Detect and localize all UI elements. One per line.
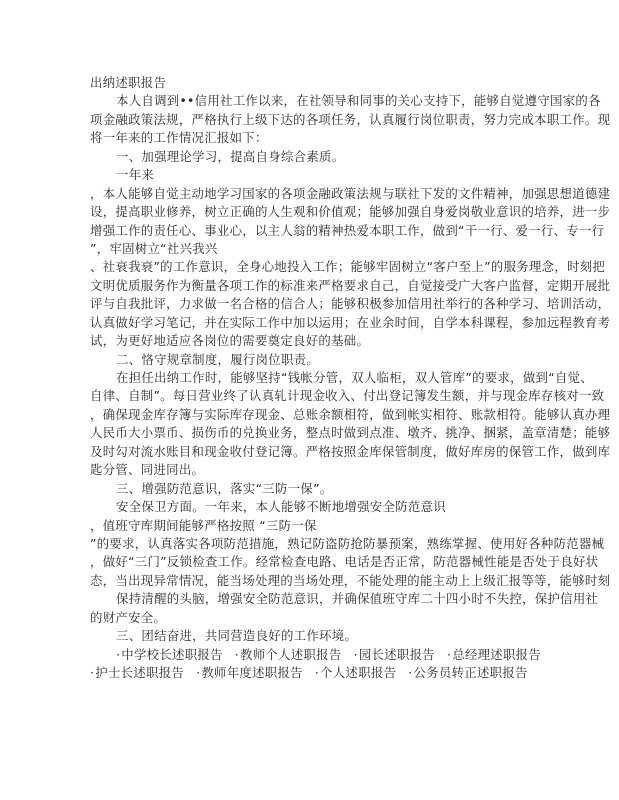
bullet-icon: ·	[235, 647, 239, 662]
body-text-line: 评与自我批评，力求做一名合格的信合人；能够积极参加信用社举行的各种学习、培训活动…	[90, 295, 530, 313]
body-text-line: 一年来	[90, 166, 530, 184]
body-text-line: 的财产安全。	[90, 609, 530, 627]
body-text-line: ，确保现金库存簿与实际库存现金、总账余额相符，做到帐实相符、账款相符。能够认真办…	[90, 406, 530, 424]
body-text-line: 文明优质服务作为衡量各项工作的标准来严格要求自己，自觉接受广大客户监督，定期开展…	[90, 277, 530, 295]
body-text-line: 态，当出现异常情况，能当场处理的当场处理，不能处理的能主动上上级汇报等等，能够时…	[90, 572, 530, 590]
related-report-link[interactable]: ·个人述职报告	[315, 665, 396, 680]
bullet-icon: ·	[90, 665, 94, 680]
body-text-line: 认真做好学习笔记，并在实际工作中加以运用；在业余时间，自学本科课程，参加远程教育…	[90, 314, 530, 332]
body-text-line: 三、团结奋进，共同营造良好的工作环境。	[90, 627, 530, 645]
body-text-line: 匙分管、同进同出。	[90, 461, 530, 479]
body-text-line: 在担任出纳工作时，能够坚持“钱帐分管，双人临柜，双人管库”的要求，做到“自觉、	[90, 369, 530, 387]
body-text-line: 安全保卫方面。一年来，本人能够不断地增强安全防范意识	[90, 498, 530, 516]
body-text-line: 本人自调到••信用社工作以来，在社领导和同事的关心支持下，能够自觉遵守国家的各	[90, 92, 530, 110]
body-text-line: 试，为更好地适应各岗位的需要奠定良好的基础。	[90, 332, 530, 350]
body-text-line: ”，牢固树立“社兴我兴	[90, 240, 530, 258]
bullet-icon: ·	[447, 647, 451, 662]
body-text-line: 、社衰我衰”的工作意识，全身心地投入工作；能够牢固树立“客户至上”的服务理念，时…	[90, 258, 530, 276]
document-page: 出纳述职报告 本人自调到••信用社工作以来，在社领导和同事的关心支持下，能够自觉…	[90, 74, 530, 682]
related-report-link-label: 总经理述职报告	[452, 647, 541, 662]
document-title: 出纳述职报告	[90, 74, 530, 92]
related-report-link-label: 公务员转正述职报告	[414, 665, 528, 680]
document-body: 本人自调到••信用社工作以来，在社领导和同事的关心支持下，能够自觉遵守国家的各项…	[90, 92, 530, 645]
body-text-line: 自律、自制”。每日营业终了认真轧计现金收入、付出登记簿发生额，并与现金库存核对一…	[90, 387, 530, 405]
related-report-link[interactable]: ·总经理述职报告	[447, 647, 541, 662]
bullet-icon: ·	[354, 647, 358, 662]
related-report-link[interactable]: ·护士长述职报告	[90, 665, 184, 680]
bullet-icon: ·	[315, 665, 319, 680]
body-text-line: 增强工作的责任心、事业心，以主人翁的精神热爱本职工作，做到“干一行、爱一行、专一…	[90, 222, 530, 240]
related-report-link[interactable]: ·教师个人述职报告	[235, 647, 342, 662]
related-report-link-label: 教师个人述职报告	[240, 647, 342, 662]
body-text-line: 二、恪守规章制度，履行岗位职责。	[90, 351, 530, 369]
body-text-line: 设，提高职业修养，树立正确的人生观和价值观；能够加强自身爱岗敬业意识的培养，进一…	[90, 203, 530, 221]
related-links-row-2: ·护士长述职报告·教师年度述职报告·个人述职报告·公务员转正述职报告	[90, 664, 530, 682]
related-report-link[interactable]: ·公务员转正述职报告	[408, 665, 527, 680]
related-report-link-label: 护士长述职报告	[95, 665, 184, 680]
body-text-line: ，值班守库期间能够严格按照 “三防一保	[90, 517, 530, 535]
body-text-line: 一、加强理论学习，提高自身综合素质。	[90, 148, 530, 166]
body-text-line: 三、增强防范意识，落实“三防一保”。	[90, 480, 530, 498]
related-report-link[interactable]: ·教师年度述职报告	[196, 665, 303, 680]
related-report-link-label: 教师年度述职报告	[201, 665, 303, 680]
body-text-line: 及时勾对流水账目和现金收付登记簿。严格按照金库保管制度，做好库房的保管工作，做到…	[90, 443, 530, 461]
related-report-link[interactable]: ·园长述职报告	[354, 647, 435, 662]
body-text-line: ”的要求，认真落实各项防范措施，熟记防盗防抢防暴预案，熟练掌握、使用好各种防范器…	[90, 535, 530, 553]
body-text-line: ，本人能够自觉主动地学习国家的各项金融政策法规与联社下发的文件精神，加强思想道德…	[90, 185, 530, 203]
related-report-link-label: 个人述职报告	[320, 665, 396, 680]
body-text-line: ，做好“三门”反锁检查工作。经常检查电路、电话是否正常，防范器械性能是否处于良好…	[90, 553, 530, 571]
body-text-line: 项金融政策法规，严格执行上级下达的各项任务，认真履行岗位职责，努力完成本职工作。…	[90, 111, 530, 129]
related-report-link-label: 中学校长述职报告	[121, 647, 223, 662]
body-text-line: 保持清醒的头脑，增强安全防范意识，并确保值班守库二十四小时不失控，保护信用社	[90, 590, 530, 608]
related-report-link-label: 园长述职报告	[359, 647, 435, 662]
related-report-link[interactable]: ·中学校长述职报告	[116, 647, 223, 662]
related-links-row-1: ·中学校长述职报告·教师个人述职报告·园长述职报告·总经理述职报告	[90, 646, 530, 664]
body-text-line: 人民币大小票币、损伤币的兑换业务，整点时做到点准、墩齐、挑净、捆紧，盖章清楚；能…	[90, 424, 530, 442]
bullet-icon: ·	[408, 665, 412, 680]
bullet-icon: ·	[116, 647, 120, 662]
body-text-line: 将一年来的工作情况汇报如下：	[90, 129, 530, 147]
bullet-icon: ·	[196, 665, 200, 680]
